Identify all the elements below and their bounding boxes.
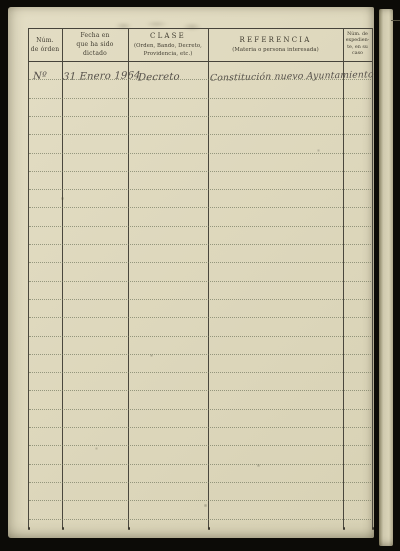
row-rule [29,427,371,428]
column-rule [343,28,344,529]
row-rule [29,153,371,154]
entry-cell-referencia: Constitución nuevo Ayuntamiento [208,61,345,88]
scanned-page: Núm.de órdenFecha enque ha sidodictadoCL… [8,7,374,538]
row-rule [29,354,371,355]
row-rule [29,79,371,80]
row-rule [29,372,371,373]
row-rule [29,226,371,227]
column-title: Fecha en [80,31,109,40]
row-rule [29,207,371,208]
entry-cell-clase: Decreto [128,61,218,89]
row-rule [29,134,371,135]
column-header-clase: CLASE(Orden, Bando, Decreto,Providencia,… [128,28,208,61]
row-rule [29,189,371,190]
column-title: CLASE [150,31,186,42]
row-rule [29,482,371,483]
register-table: Núm.de órdenFecha enque ha sidodictadoCL… [28,28,372,538]
column-header-num_orden: Núm.de órden [28,28,62,61]
column-subtitle: (Materia o persona interesada) [232,47,319,55]
handwritten-text: Decreto [138,72,180,84]
row-rule [29,464,371,465]
column-header-expediente: Núm. deexpedien-te, en sucaso [343,28,372,61]
column-rule [208,28,209,529]
column-rule [372,28,373,529]
column-title: que ha sido [76,40,113,49]
column-title: Núm. [36,36,54,45]
row-rule [29,445,371,446]
row-rule [29,390,371,391]
adjacent-page-rule [391,20,400,21]
handwritten-text: Nº [33,71,47,82]
adjacent-page-edge [379,9,393,546]
column-rule [128,28,129,529]
column-rule [28,28,29,529]
column-title: caso [352,51,363,57]
row-rule [29,317,371,318]
row-rule [29,244,371,245]
column-header-referencia: REFERENCIA(Materia o persona interesada) [208,28,343,61]
entry-row: Nº31 Enero 1964DecretoConstitución nuevo… [28,61,372,85]
row-rule [29,519,371,520]
row-rule [29,500,371,501]
entry-cell-fecha: 31 Enero 1964 [62,61,129,88]
column-title: dictado [83,49,107,58]
row-rule [29,409,371,410]
row-rule [29,262,371,263]
row-rule [29,336,371,337]
column-header-fecha: Fecha enque ha sidodictado [62,28,128,61]
row-rule [29,116,371,117]
column-subtitle: Providencia, etc.) [144,51,193,59]
row-rule [29,171,371,172]
row-rule [29,281,371,282]
row-rule [29,299,371,300]
entry-cell-expediente [343,61,372,85]
row-rule [29,98,371,99]
column-subtitle: (Orden, Bando, Decreto, [134,43,202,51]
column-title: de órden [31,45,60,54]
column-rule [62,28,63,529]
scan-noise [0,0,1,1]
column-title: REFERENCIA [239,35,311,46]
